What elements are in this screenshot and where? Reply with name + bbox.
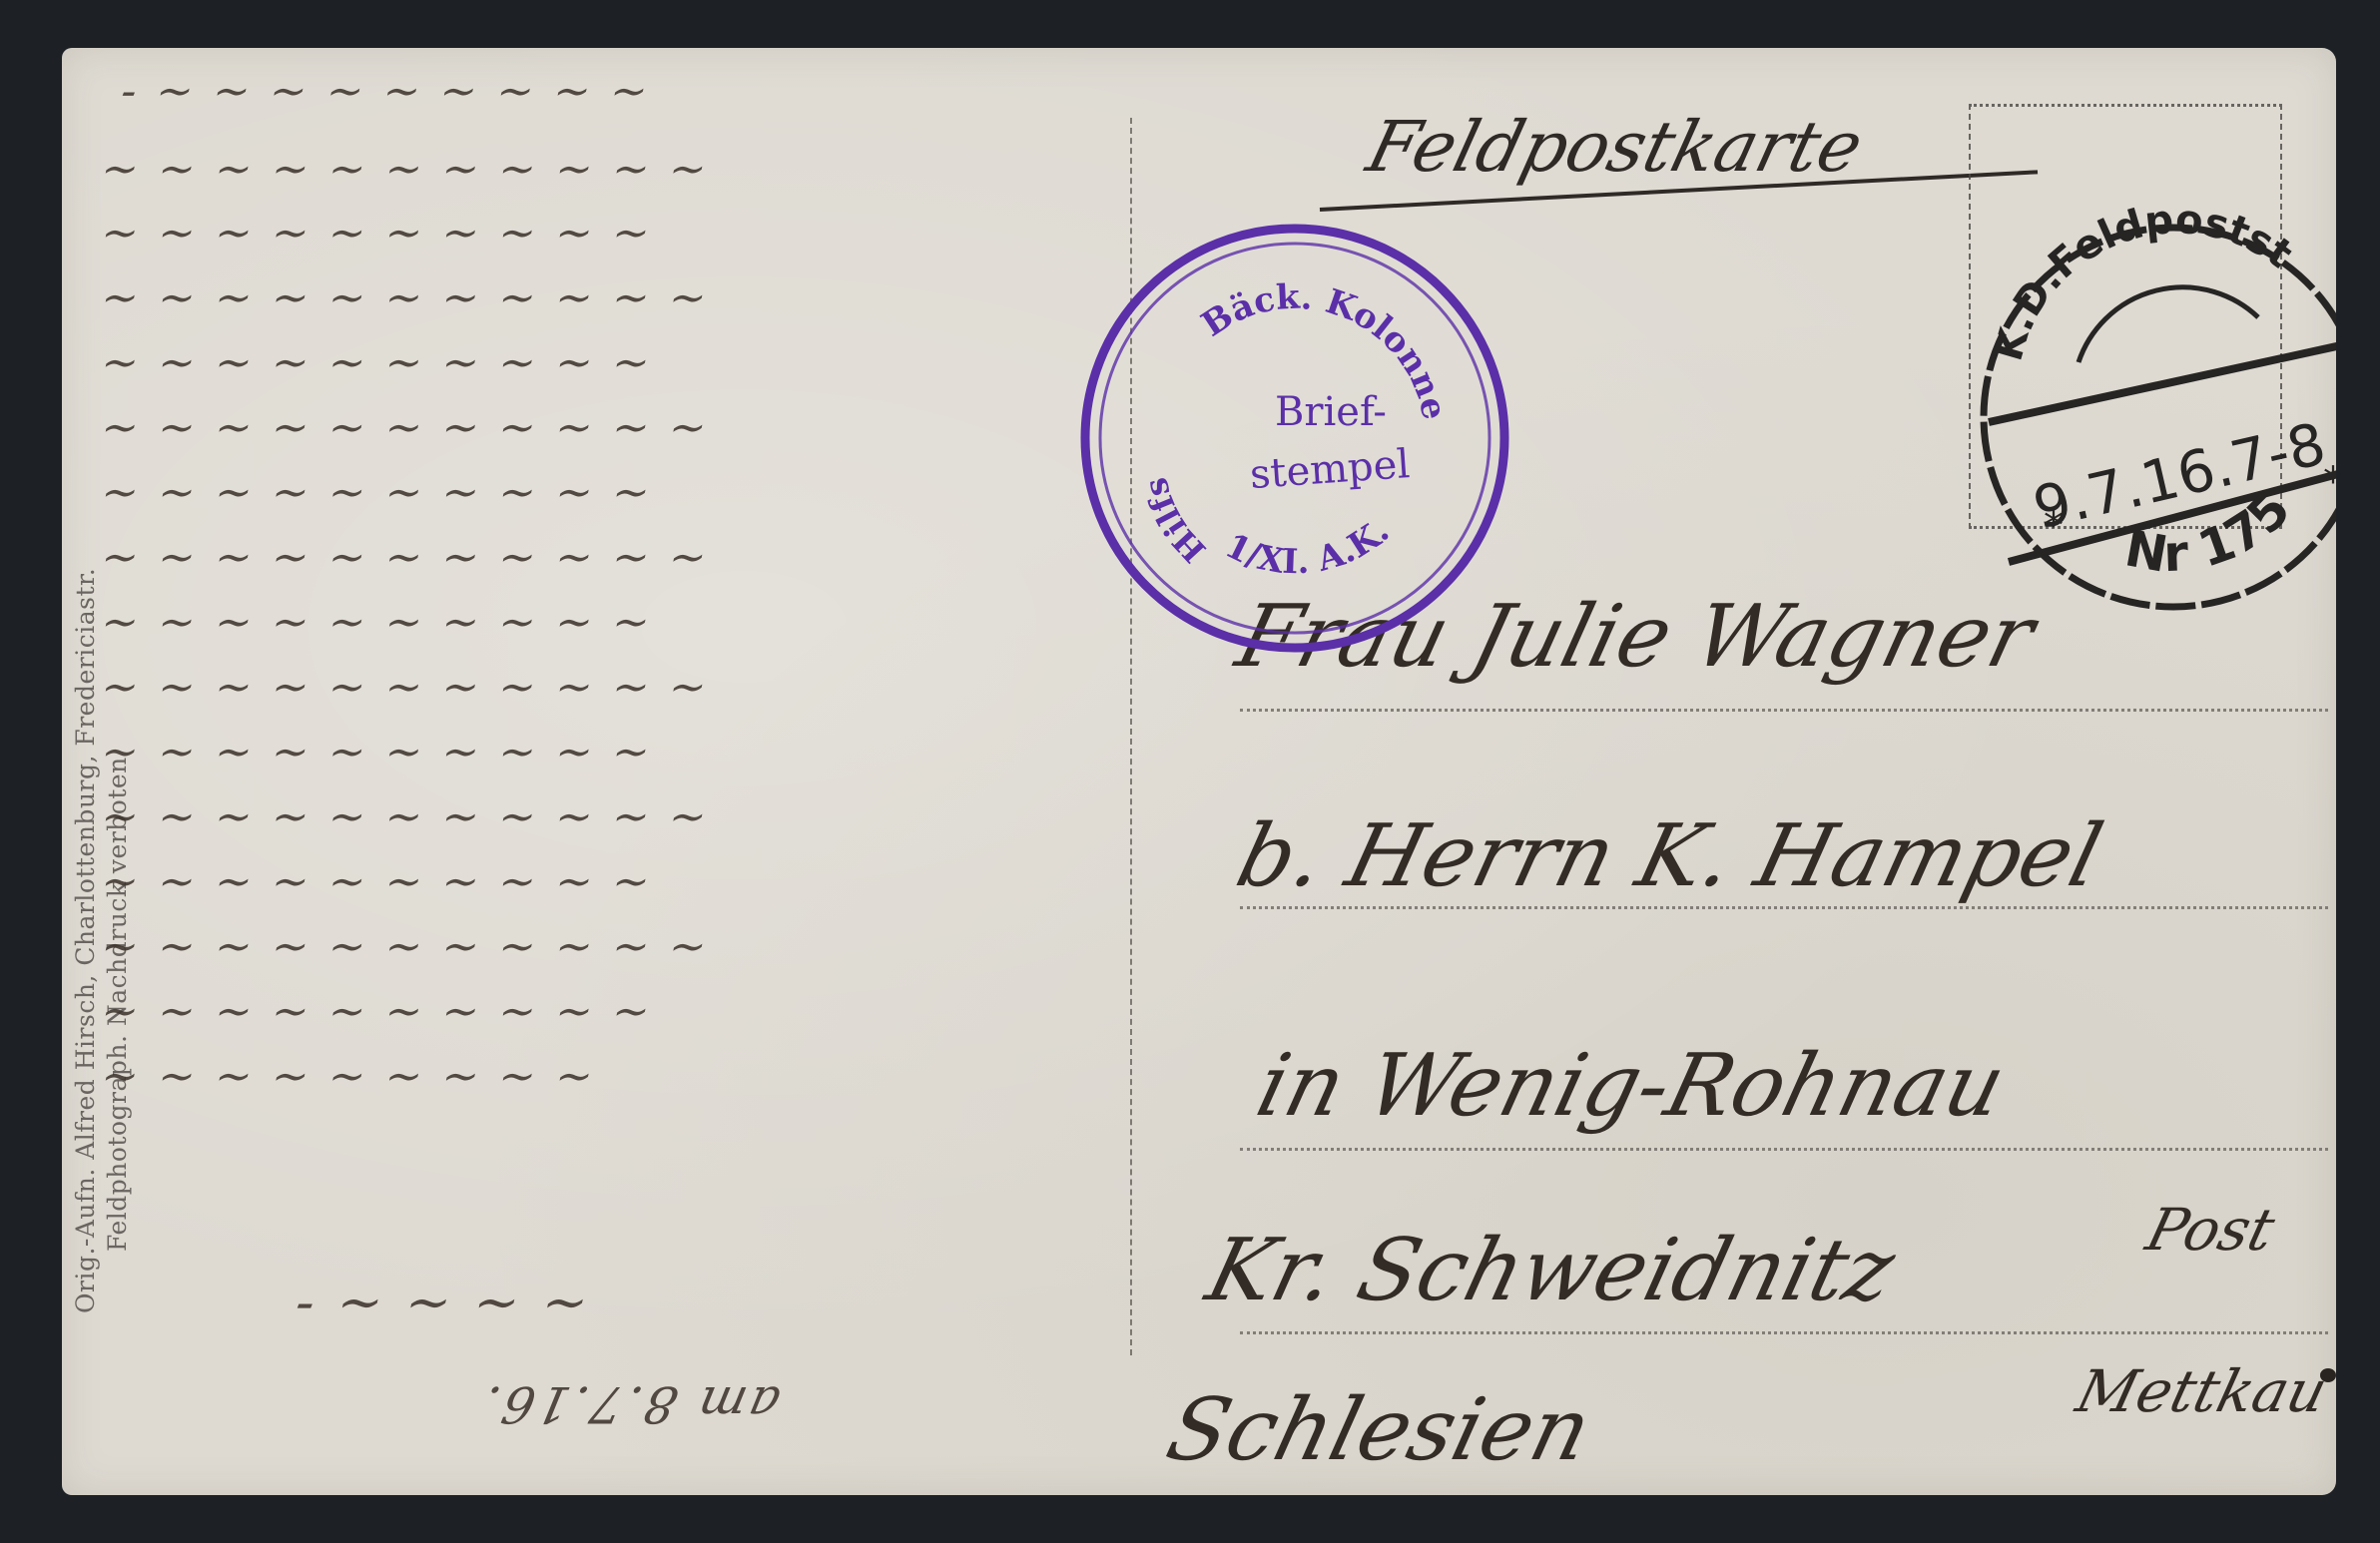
unit-cachet-icon: Bäck. Kolonne Hilfs 1/XI. A.K. Brief- st… (1070, 214, 1519, 663)
message-line: ~ ~ ~ ~ ~ ~ ~ ~ ~ ~ ~ (97, 402, 715, 453)
postmark-star-right: * (2323, 459, 2336, 505)
cachet-ring-bottom: 1/XI. A.K. (1219, 511, 1398, 582)
cachet-ring-left: Hilfs (1136, 474, 1213, 570)
postmark-star-left: * (2044, 503, 2064, 549)
message-line: ~ ~ ~ ~ ~ ~ ~ ~ ~ ~ (97, 208, 658, 258)
address-rule (1240, 709, 2328, 712)
message-line: ~ ~ ~ ~ ~ ~ ~ ~ ~ ~ (97, 727, 658, 777)
card-title: Feldpostkarte (1360, 106, 1871, 188)
message-line: ~ ~ ~ ~ ~ ~ ~ ~ ~ (97, 1051, 602, 1102)
address-line-province: Schlesien (1158, 1380, 1601, 1480)
address-rule (1240, 1331, 2328, 1334)
address-line-town: in Wenig-Rohnau (1248, 1036, 2015, 1136)
address-line-care-of: b. Herrn K. Hampel (1228, 806, 2112, 906)
message-line: ~ ~ ~ ~ ~ ~ ~ ~ ~ ~ (97, 337, 658, 388)
postmark-ring-top: K.D.Feldpoststation (1959, 188, 2301, 365)
message-line: ~ ~ ~ ~ ~ ~ ~ ~ ~ ~ ~ (97, 662, 715, 713)
svg-text:1/XI. A.K.: 1/XI. A.K. (1219, 511, 1398, 582)
postmark-icon: K.D.Feldpoststation 9.7.16.7-8 N Nr 175 … (1959, 188, 2336, 637)
message-line: ~ ~ ~ ~ ~ ~ ~ ~ ~ ~ (97, 986, 658, 1037)
message-line: ~ ~ ~ ~ ~ ~ ~ ~ ~ ~ (97, 856, 658, 907)
ink-blot (2320, 1368, 2336, 1382)
postcard: Orig.-Aufn. Alfred Hirsch, Charlottenbur… (62, 48, 2336, 1495)
address-post-note: Post (2140, 1196, 2282, 1264)
address-post-office: Mettkau (2071, 1357, 2334, 1425)
publisher-imprint-line1: Orig.-Aufn. Alfred Hirsch, Charlottenbur… (70, 568, 102, 1313)
cachet-center-line1: Brief- (1275, 389, 1387, 435)
address-rule (1240, 906, 2328, 909)
message-line: ~ ~ ~ ~ ~ ~ ~ ~ ~ ~ ~ (97, 272, 715, 323)
message-line: ~ ~ ~ ~ ~ ~ ~ ~ ~ ~ ~ (97, 144, 715, 195)
unit-cachet-stamp: Bäck. Kolonne Hilfs 1/XI. A.K. Brief- st… (1070, 214, 1519, 663)
message-closing: - ~ ~ ~ ~ (290, 1271, 597, 1333)
message-date-note: am 8.7.16. (475, 1375, 785, 1433)
message-line: ~ ~ ~ ~ ~ ~ ~ ~ ~ ~ ~ (97, 532, 715, 583)
message-line: ~ ~ ~ ~ ~ ~ ~ ~ ~ ~ ~ (97, 791, 715, 842)
message-line: ~ ~ ~ ~ ~ ~ ~ ~ ~ ~ (97, 597, 658, 648)
cachet-center-line2: stempel (1248, 441, 1411, 498)
message-line: ~ ~ ~ ~ ~ ~ ~ ~ ~ ~ (97, 467, 658, 518)
svg-text:K.D.Feldpoststation: K.D.Feldpoststation (1959, 188, 2301, 365)
svg-text:Hilfs: Hilfs (1136, 474, 1213, 570)
address-rule (1240, 1148, 2328, 1151)
feldpost-postmark: K.D.Feldpoststation 9.7.16.7-8 N Nr 175 … (1959, 188, 2336, 637)
message-line: ~ ~ ~ ~ ~ ~ ~ ~ ~ ~ ~ (97, 921, 715, 972)
message-line: - ~ ~ ~ ~ ~ ~ ~ ~ ~ (117, 66, 656, 117)
address-line-district: Kr. Schweidnitz (1198, 1221, 1905, 1320)
